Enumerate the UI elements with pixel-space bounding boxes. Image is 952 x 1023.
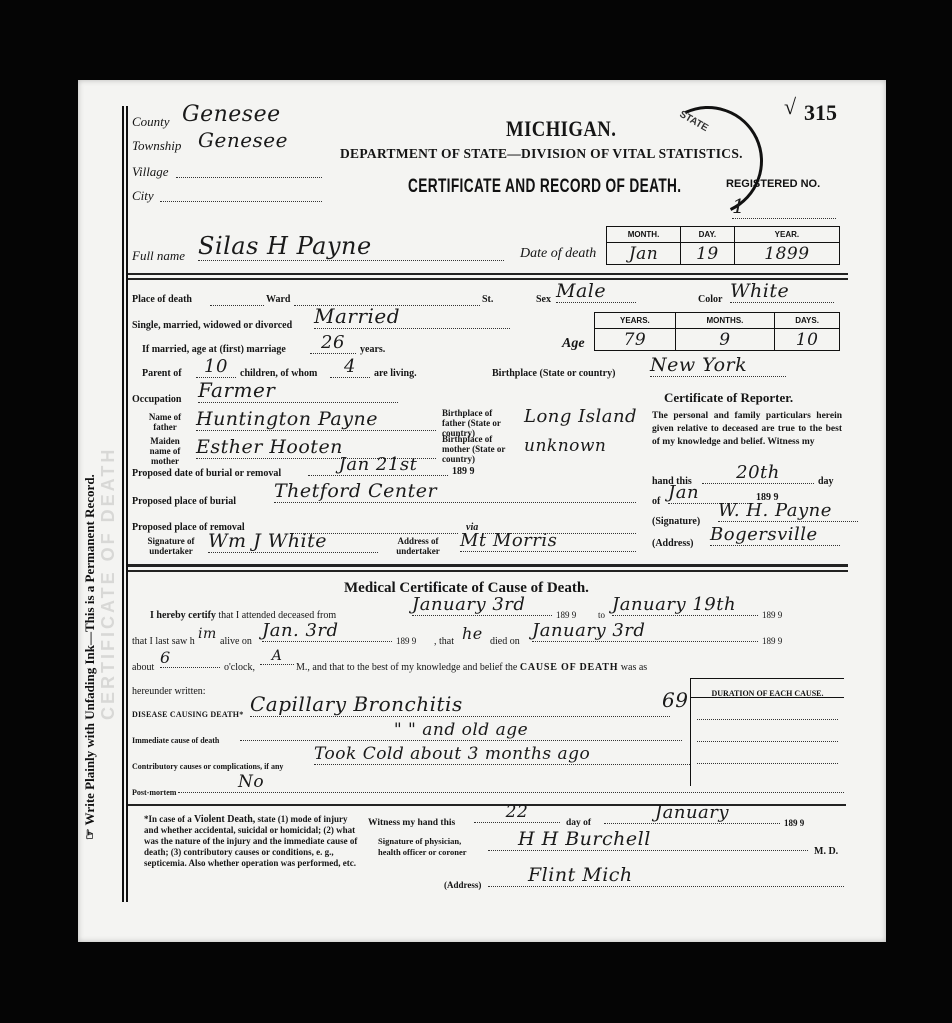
margin-rule (122, 106, 124, 902)
father-name-field[interactable]: Huntington Payne (196, 408, 436, 431)
age-months-field[interactable]: 9 (675, 329, 774, 351)
postmortem-field[interactable]: No (178, 772, 844, 793)
place-of-death-label: Place of death (132, 294, 192, 305)
last-saw-pronoun-field[interactable]: im (198, 626, 217, 642)
attended-from-field[interactable]: January 3rd (412, 594, 552, 616)
section-divider (128, 570, 848, 572)
undertaker-signature-field[interactable]: Wm J White (208, 530, 378, 553)
county-label: County (132, 114, 170, 130)
occupation-label: Occupation (132, 394, 181, 405)
hour-field[interactable]: 6 (160, 648, 220, 668)
children-count-field[interactable]: 10 (196, 356, 236, 378)
undertaker-signature-label: Signature of undertaker (138, 536, 204, 556)
died-year[interactable]: 189 9 (762, 636, 782, 646)
died-on-label: died on (490, 636, 520, 647)
death-year-field[interactable]: 1899 (734, 243, 839, 265)
duration-box: DURATION OF EACH CAUSE. (690, 678, 844, 786)
city-label: City (132, 188, 154, 204)
that-pronoun-field[interactable]: he (462, 624, 483, 643)
margin-rule (126, 106, 128, 902)
reporter-signature-label: (Signature) (652, 516, 700, 527)
death-month-field[interactable]: Jan (607, 243, 681, 265)
oclock-label: o'clock, (224, 662, 255, 673)
marriage-age-field[interactable]: 26 (310, 332, 356, 354)
state-title: MICHIGAN. (506, 116, 616, 142)
reporter-day-label: day (818, 476, 834, 487)
undertaker-address-field[interactable]: Mt Morris (460, 530, 636, 552)
certificate-title: CERTIFICATE AND RECORD OF DEATH. (408, 176, 681, 198)
burial-place-field[interactable]: Thetford Center (274, 480, 636, 503)
physician-day-field[interactable]: 22 (474, 802, 560, 823)
sex-field[interactable]: Male (556, 280, 636, 303)
meridiem-field[interactable]: A (260, 648, 294, 665)
birthplace-field[interactable]: New York (650, 354, 786, 377)
duration-field[interactable] (697, 760, 838, 764)
parent-of-label: Parent of (142, 368, 182, 379)
died-on-field[interactable]: January 3rd (532, 620, 758, 642)
reporter-signature-field[interactable]: W. H. Payne (718, 500, 858, 522)
reporter-of-label: of (652, 496, 660, 507)
reporter-statement: The personal and family particulars here… (652, 410, 842, 449)
section-divider (128, 564, 848, 567)
immediate-cause-label: Immediate cause of death (132, 736, 219, 745)
marital-status-field[interactable]: Married (314, 304, 510, 329)
hereunder-label: hereunder written: (132, 686, 206, 697)
date-of-death-table: MONTH. DAY. YEAR. Jan 19 1899 (606, 226, 840, 265)
physician-signature-field[interactable]: H H Burchell (488, 828, 808, 851)
township-label: Township (132, 138, 181, 154)
years-header: YEARS. (595, 313, 676, 329)
city-field[interactable] (160, 194, 322, 202)
age-days-field[interactable]: 10 (775, 329, 840, 351)
death-certificate-sheet: CERTIFICATE OF DEATH ☞ Write Plainly wit… (78, 80, 886, 942)
physician-address-label: (Address) (444, 880, 481, 890)
physician-signature-label: Signature of physician, health officer o… (378, 836, 482, 858)
full-name-label: Full name (132, 248, 185, 264)
days-header: DAYS. (775, 313, 840, 329)
immediate-cause-field[interactable]: " " and old age (240, 720, 682, 741)
burial-date-label: Proposed date of burial or removal (132, 468, 281, 479)
was-as-label: was as (621, 662, 647, 673)
violent-death-footnote: *In case of a Violent Death, state (1) m… (144, 814, 360, 869)
duration-field[interactable] (697, 716, 838, 720)
physician-year-field[interactable]: 189 9 (784, 818, 804, 828)
disease-note: 69 (662, 688, 688, 712)
father-birthplace-field[interactable]: Long Island (524, 406, 642, 427)
postmortem-label: Post-mortem (132, 788, 176, 797)
m-label: M., and that to the best of my knowledge… (296, 662, 517, 673)
margin-ghost-text: CERTIFICATE OF DEATH (98, 447, 119, 720)
full-name-field[interactable]: Silas H Payne (198, 232, 504, 261)
record-number: 315 (804, 100, 837, 126)
alive-on-field[interactable]: Jan. 3rd (262, 620, 392, 642)
date-of-death-label: Date of death (520, 246, 596, 262)
footnote-bold: Violent Death, (194, 814, 255, 825)
burial-date-field[interactable]: Jan 21st (308, 454, 448, 476)
reporter-title: Certificate of Reporter. (664, 390, 793, 406)
reporter-address-label: (Address) (652, 538, 693, 549)
check-mark: √ (784, 94, 796, 120)
physician-address-field[interactable]: Flint Mich (488, 864, 844, 887)
county-field[interactable]: Genesee (182, 102, 322, 127)
footnote-prefix: *In case of a (144, 814, 192, 824)
last-saw-label: that I last saw h (132, 636, 195, 647)
duration-field[interactable] (697, 738, 838, 742)
color-label: Color (698, 294, 722, 305)
burial-place-label: Proposed place of burial (132, 496, 236, 507)
disease-label: DISEASE CAUSING DEATH* (132, 710, 243, 719)
attended-to-year[interactable]: 189 9 (762, 610, 782, 620)
birthplace-label: Birthplace (State or country) (492, 368, 615, 379)
mother-birthplace-label: Birthplace of mother (State or country) (442, 434, 514, 464)
attended-from-year[interactable]: 189 9 (556, 610, 576, 620)
marriage-age-label: If married, age at (first) marriage (142, 344, 286, 355)
witness-label: Witness my hand this (368, 818, 455, 828)
marriage-age-suffix: years. (360, 344, 385, 355)
md-label: M. D. (814, 846, 838, 857)
occupation-field[interactable]: Farmer (198, 378, 398, 403)
day-header: DAY. (681, 227, 735, 243)
divider (128, 273, 848, 275)
year-header: YEAR. (734, 227, 839, 243)
alive-on-label: alive on (220, 636, 252, 647)
place-of-death-field[interactable] (210, 296, 264, 306)
physician-month-field[interactable]: January (604, 802, 780, 824)
cause-of-death-bold: CAUSE OF DEATH (520, 662, 618, 673)
alive-year[interactable]: 189 9 (396, 636, 416, 646)
reporter-address-field[interactable]: Bogersville (710, 524, 840, 546)
village-field[interactable] (176, 170, 322, 178)
attended-to-field[interactable]: January 19th (612, 594, 758, 616)
undertaker-address-label: Address of undertaker (384, 536, 452, 556)
to-label: to (598, 610, 605, 620)
registered-number-field[interactable]: 1 (732, 194, 836, 219)
margin-instruction: ☞ Write Plainly with Unfading Ink—This i… (82, 474, 98, 840)
about-label: about (132, 662, 154, 673)
village-label: Village (132, 164, 169, 180)
mother-name-label: Maiden name of mother (142, 436, 188, 466)
age-table: YEARS. MONTHS. DAYS. 79 9 10 (594, 312, 840, 351)
registered-label: REGISTERED NO. (726, 178, 820, 190)
color-field[interactable]: White (730, 280, 834, 303)
living-count-field[interactable]: 4 (330, 356, 370, 378)
contributory-field[interactable]: Took Cold about 3 months ago (314, 744, 690, 765)
duration-header: DURATION OF EACH CAUSE. (711, 689, 823, 698)
ward-label: Ward (266, 294, 290, 305)
sex-label: Sex (536, 294, 551, 305)
mother-birthplace-field[interactable]: unknown (524, 436, 642, 456)
township-field[interactable]: Genesee (198, 128, 328, 152)
day-of-label: day of (566, 818, 591, 828)
death-day-field[interactable]: 19 (681, 243, 735, 265)
reporter-day-field[interactable]: 20th (702, 462, 814, 484)
month-header: MONTH. (607, 227, 681, 243)
months-header: MONTHS. (675, 313, 774, 329)
contributory-label: Contributory causes or complications, if… (132, 762, 283, 771)
that-label: , that (434, 636, 454, 647)
certify-bold: I hereby certify (150, 610, 216, 621)
burial-year-field[interactable]: 189 9 (452, 466, 475, 477)
age-years-field[interactable]: 79 (595, 329, 676, 351)
marital-status-label: Single, married, widowed or divorced (132, 320, 292, 331)
father-name-label: Name of father (142, 412, 188, 432)
age-label: Age (562, 336, 585, 352)
disease-field[interactable]: Capillary Bronchitis (250, 692, 670, 717)
